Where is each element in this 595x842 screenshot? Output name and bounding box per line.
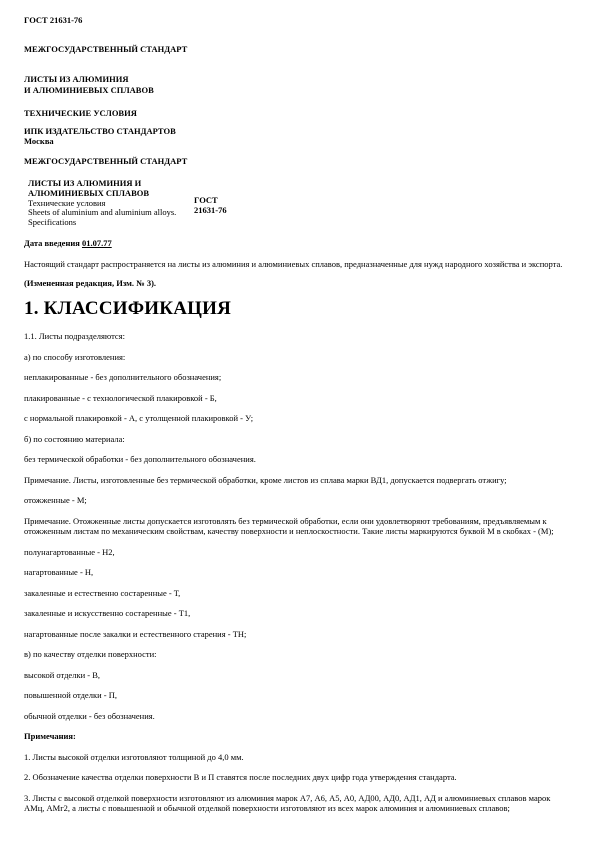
body-paragraph: 1.1. Листы подразделяются: <box>24 331 571 342</box>
document-page: ГОСТ 21631-76 МЕЖГОСУДАРСТВЕННЫЙ СТАНДАР… <box>0 0 595 814</box>
doc-title-line2: И АЛЮМИНИЕВЫХ СПЛАВОВ <box>24 85 571 96</box>
body-paragraph: неплакированные - без дополнительного об… <box>24 372 571 383</box>
body-paragraph: а) по способу изготовления: <box>24 352 571 363</box>
standard-type-label-2: МЕЖГОСУДАРСТВЕННЫЙ СТАНДАРТ <box>24 156 571 167</box>
body-paragraph: Примечание. Листы, изготовленные без тер… <box>24 475 571 486</box>
body-paragraph: отожженные - М; <box>24 495 571 506</box>
doc-title-line1: ЛИСТЫ ИЗ АЛЮМИНИЯ <box>24 74 571 85</box>
standard-type-label: МЕЖГОСУДАРСТВЕННЫЙ СТАНДАРТ <box>24 44 571 55</box>
doc-subtitle: ТЕХНИЧЕСКИЕ УСЛОВИЯ <box>24 108 571 119</box>
title-block-doc-number: ГОСТ 21631-76 <box>194 179 227 228</box>
body-paragraph: плакированные - с технологической плакир… <box>24 393 571 404</box>
body-paragraph: б) по состоянию материала: <box>24 434 571 445</box>
body-paragraph: Примечания: <box>24 731 571 742</box>
title-block-subtitle-en2: Specifications <box>28 218 194 228</box>
doc-number-top: ГОСТ 21631-76 <box>24 15 571 26</box>
body-paragraph: высокой отделки - В, <box>24 670 571 681</box>
effective-date-value: 01.07.77 <box>82 238 112 248</box>
body-paragraph: обычной отделки - без обозначения. <box>24 711 571 722</box>
body-paragraph: 3. Листы с высокой отделкой поверхности … <box>24 793 571 814</box>
amendment-note: (Измененная редакция, Изм. № 3). <box>24 278 571 289</box>
publisher-city: Москва <box>24 136 571 147</box>
title-block-names: ЛИСТЫ ИЗ АЛЮМИНИЯ И АЛЮМИНИЕВЫХ СПЛАВОВ … <box>28 179 194 228</box>
scope-paragraph: Настоящий стандарт распространяется на л… <box>24 259 571 270</box>
doc-number-digits: 21631-76 <box>194 206 227 216</box>
section-body: 1.1. Листы подразделяются:а) по способу … <box>24 331 571 814</box>
body-paragraph: в) по качеству отделки поверхности: <box>24 649 571 660</box>
publisher: ИПК ИЗДАТЕЛЬСТВО СТАНДАРТОВ <box>24 126 571 137</box>
body-paragraph: с нормальной плакировкой - А, с утолщенн… <box>24 413 571 424</box>
title-block: ЛИСТЫ ИЗ АЛЮМИНИЯ И АЛЮМИНИЕВЫХ СПЛАВОВ … <box>28 179 571 228</box>
body-paragraph: нагартованные - Н, <box>24 567 571 578</box>
effective-date-label: Дата введения <box>24 238 80 248</box>
section-heading: 1. КЛАССИФИКАЦИЯ <box>24 298 571 320</box>
body-paragraph: повышенной отделки - П, <box>24 690 571 701</box>
body-paragraph: без термической обработки - без дополнит… <box>24 454 571 465</box>
body-paragraph: закаленные и искусственно состаренные - … <box>24 608 571 619</box>
effective-date-line: Дата введения 01.07.77 <box>24 238 571 249</box>
body-paragraph: полунагартованные - Н2, <box>24 547 571 558</box>
body-paragraph: закаленные и естественно состаренные - Т… <box>24 588 571 599</box>
body-paragraph: 1. Листы высокой отделки изготовляют тол… <box>24 752 571 763</box>
body-paragraph: 2. Обозначение качества отделки поверхно… <box>24 772 571 783</box>
body-paragraph: Примечание. Отожженные листы допускается… <box>24 516 571 537</box>
body-paragraph: нагартованные после закалки и естественн… <box>24 629 571 640</box>
